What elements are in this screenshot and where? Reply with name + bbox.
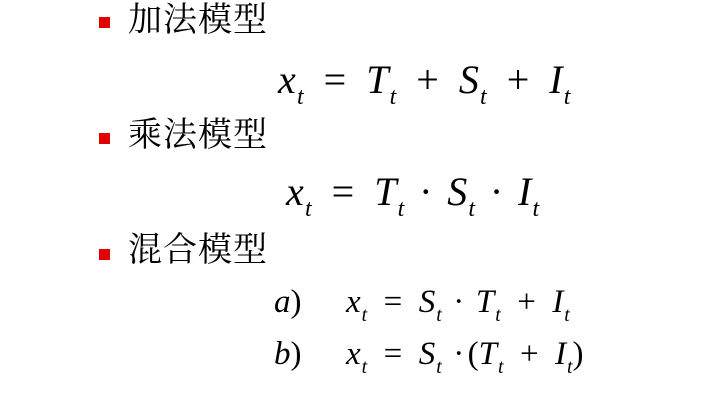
heading-multiplicative-model: 乘法模型 <box>128 115 268 155</box>
formula-mixed-b: b) xt = St ·(Tt + It) <box>274 336 584 373</box>
formula-mixed-a: a) xt = St · Tt + It <box>274 284 570 321</box>
formula-multiplicative: xt = Tt · St · It <box>286 168 539 215</box>
formula-additive: xt = Tt + St + It <box>278 56 570 103</box>
heading-mixed-model: 混合模型 <box>128 230 268 270</box>
bullet-icon <box>99 249 110 260</box>
bullet-icon <box>99 17 110 28</box>
heading-additive-model: 加法模型 <box>128 0 268 40</box>
bullet-icon <box>99 133 110 144</box>
